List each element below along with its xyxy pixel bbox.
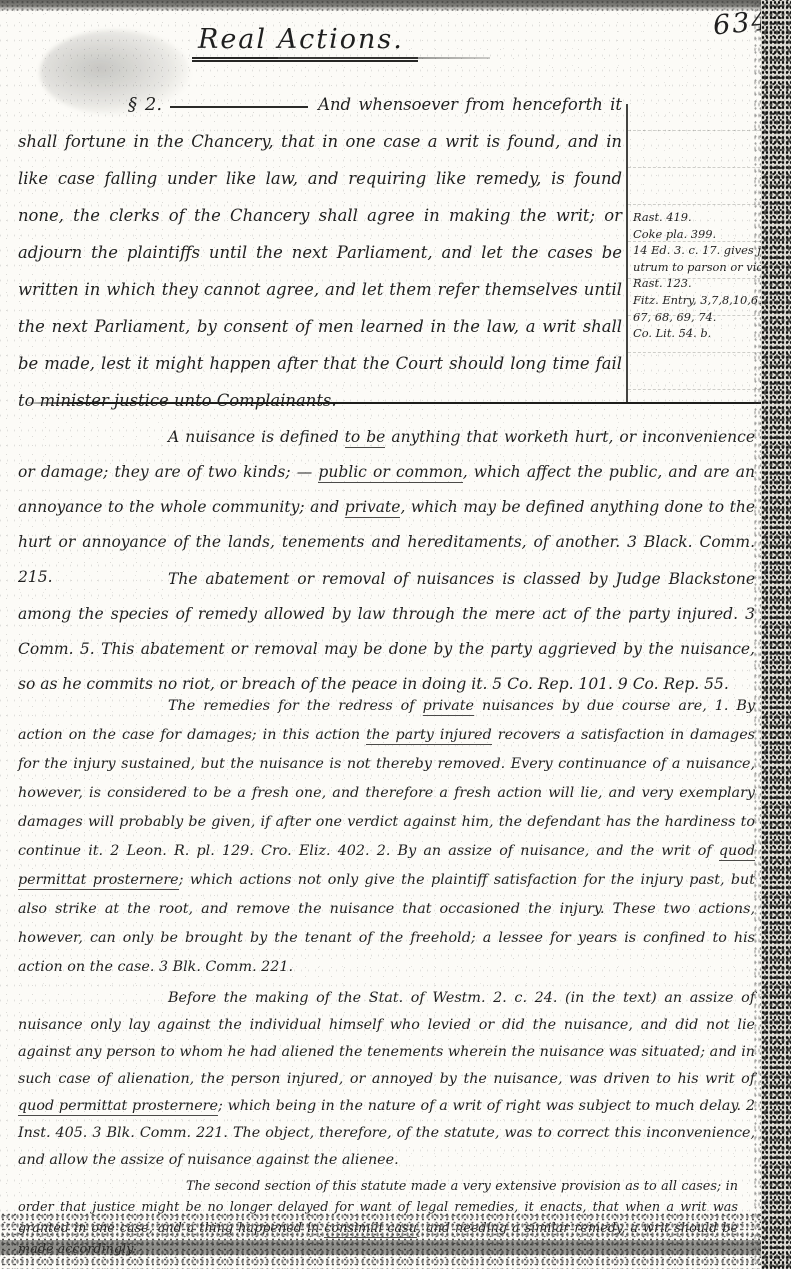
- blank-rule: [170, 106, 308, 108]
- underlined-text-run: public or common: [318, 463, 462, 483]
- underlined-text-run: the party injured: [366, 727, 492, 745]
- margin-citation-line: utrum to parson or vicar.: [633, 259, 759, 276]
- margin-citations: Rast. 419. Coke pla. 399. 14 Ed. 3. c. 1…: [633, 209, 759, 342]
- manuscript-page: 634 Real Actions. § 2.And whensoever fro…: [0, 0, 791, 1269]
- text-run: A nuisance is defined: [168, 428, 345, 446]
- paragraph-abatement-removal: The abatement or removal of nuisances is…: [18, 562, 755, 702]
- scan-edge-top: [0, 0, 791, 11]
- scan-edge-right: [761, 0, 791, 1269]
- text-run: Before the making of the Stat. of Westm.…: [18, 990, 755, 1087]
- margin-vertical-rule: [626, 104, 628, 403]
- margin-citation-line: Coke pla. 399.: [633, 226, 759, 243]
- margin-citation-line: Rast. 419.: [633, 209, 759, 226]
- underlined-text-run: quod permittat prosternere: [18, 1098, 218, 1116]
- underlined-text-run: to be: [345, 428, 386, 448]
- scan-edge-bottom-strip: [0, 1240, 791, 1255]
- underlined-text-run: private: [345, 498, 401, 518]
- margin-citation-line: Rast. 123.: [633, 275, 759, 292]
- statute-paragraph: § 2.And whensoever from henceforth it sh…: [18, 86, 622, 419]
- section-divider: [28, 402, 791, 404]
- margin-citation-line: 67, 68, 69, 74.: [633, 309, 759, 326]
- margin-citation-line: Co. Lit. 54. b.: [633, 325, 759, 342]
- title-block: Real Actions.: [192, 24, 418, 55]
- margin-citation-line: Fitz. Entry, 3,7,8,10,61,64,: [633, 292, 759, 309]
- paragraph-before-statute-westm: Before the making of the Stat. of Westm.…: [18, 985, 755, 1174]
- text-run: recovers a satisfaction in damages for t…: [18, 727, 755, 859]
- title-trailing-rule: [278, 57, 490, 59]
- statute-text: And whensoever from henceforth it shall …: [18, 95, 622, 410]
- section-mark: § 2.: [128, 94, 162, 115]
- margin-citation-line: 14 Ed. 3. c. 17. gives juris: [633, 242, 759, 259]
- underlined-text-run: private: [423, 698, 474, 716]
- text-run: The remedies for the redress of: [168, 698, 423, 714]
- text-run: The abatement or removal of nuisances is…: [18, 570, 755, 693]
- paragraph-remedies-private-nuisances: The remedies for the redress of private …: [18, 692, 755, 982]
